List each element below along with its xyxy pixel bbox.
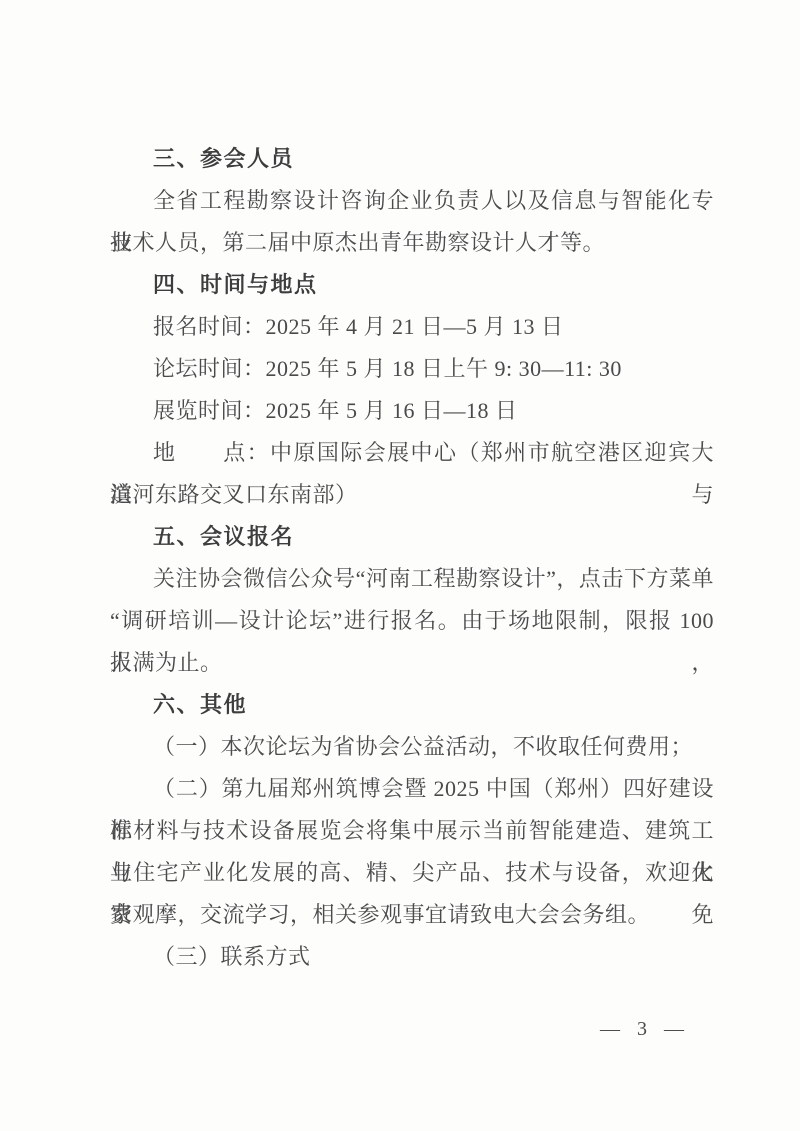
page-number: — 3 — <box>600 1014 780 1044</box>
text-line: 关注协会微信公众号“河南工程勘察设计”，点击下方菜单 <box>110 558 714 600</box>
document-page: 三、参会人员全省工程勘察设计咨询企业负责人以及信息与智能化专业技术人员，第二届中… <box>0 0 800 1131</box>
text-line: 费观摩，交流学习，相关参观事宜请致电大会会务组。 <box>110 894 714 936</box>
text-line: （三）联系方式 <box>110 936 714 978</box>
text-line: （一）本次论坛为省协会公益活动，不收取任何费用； <box>110 726 714 768</box>
text-line: “调研培训—设计论坛”进行报名。由于场地限制，限报 100 人， <box>110 600 714 642</box>
text-line: 地 点：中原国际会展中心（郑州市航空港区迎宾大道与 <box>110 432 714 474</box>
text-line: 展览时间：2025 年 5 月 16 日—18 日 <box>110 390 714 432</box>
section-heading: 四、时间与地点 <box>110 264 714 306</box>
text-line: 与住宅产业化发展的高、精、尖产品、技术与设备，欢迎大家免 <box>110 852 714 894</box>
document-body: 三、参会人员全省工程勘察设计咨询企业负责人以及信息与智能化专业技术人员，第二届中… <box>110 138 714 978</box>
section-heading: 六、其他 <box>110 684 714 726</box>
text-line: 准材料与技术设备展览会将集中展示当前智能建造、建筑工业化 <box>110 810 714 852</box>
text-line: （二）第九届郑州筑博会暨 2025 中国（郑州）四好建设标 <box>110 768 714 810</box>
text-line: 全省工程勘察设计咨询企业负责人以及信息与智能化专业 <box>110 180 714 222</box>
section-heading: 三、参会人员 <box>110 138 714 180</box>
text-line: 报名时间：2025 年 4 月 21 日—5 月 13 日 <box>110 306 714 348</box>
section-heading: 五、会议报名 <box>110 516 714 558</box>
text-line: 论坛时间：2025 年 5 月 18 日上午 9: 30—11: 30 <box>110 348 714 390</box>
text-line: 技术人员，第二届中原杰出青年勘察设计人才等。 <box>110 222 714 264</box>
